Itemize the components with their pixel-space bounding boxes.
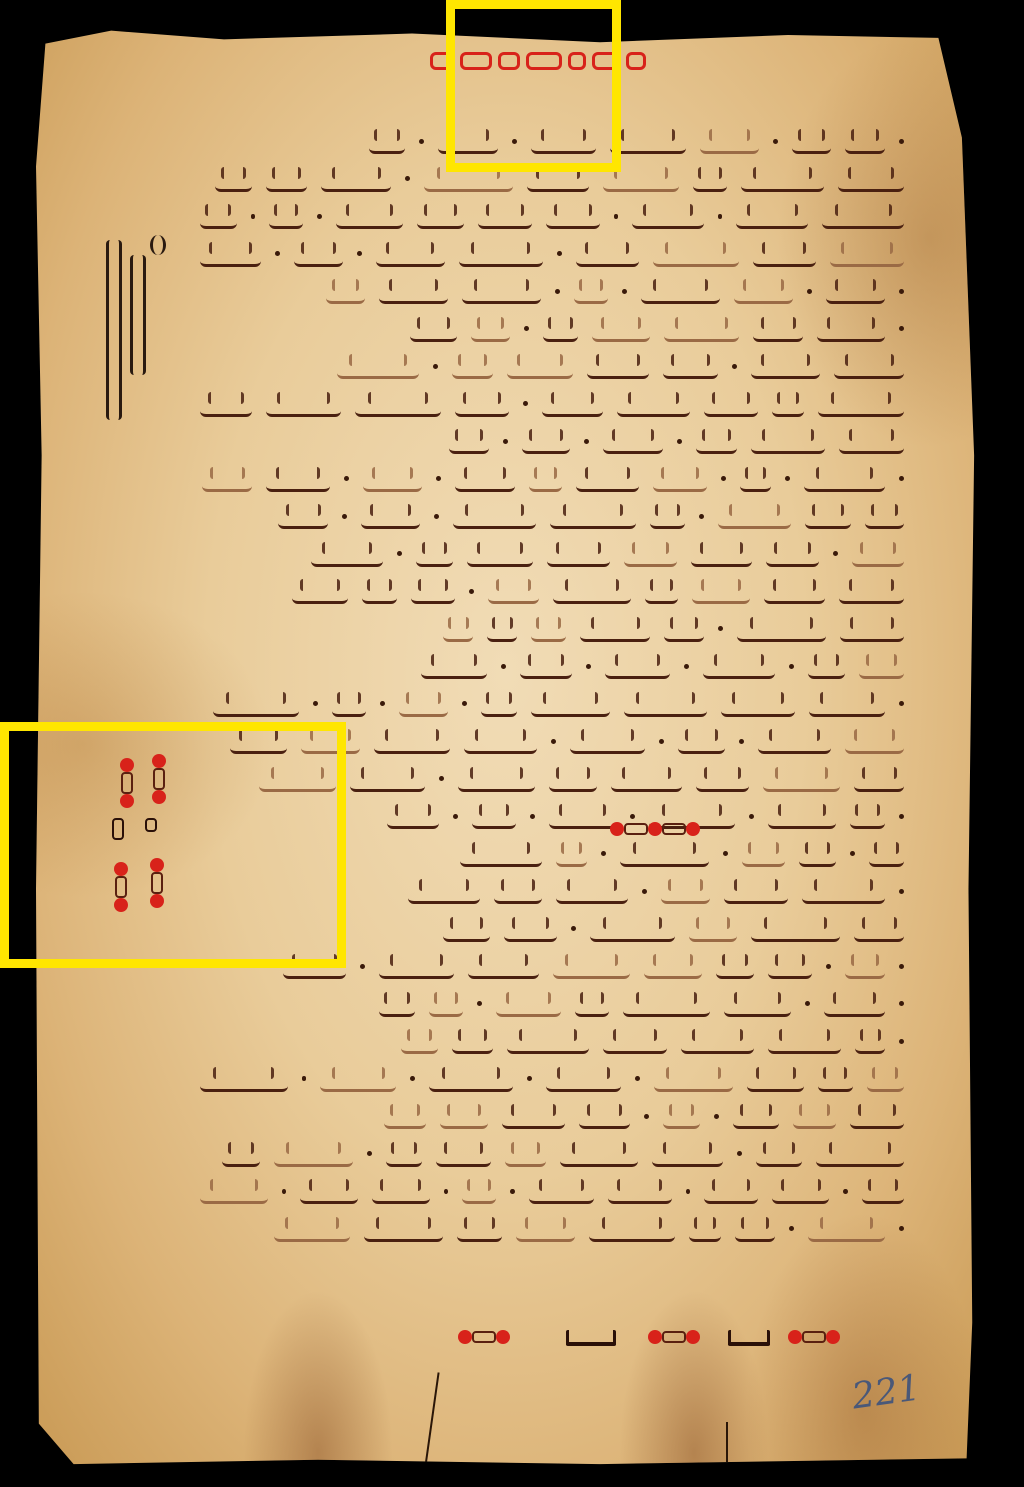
syriac-word: [496, 998, 561, 1017]
syriac-word: [859, 660, 904, 679]
syriac-word: [336, 210, 403, 229]
syriac-word: [822, 210, 904, 229]
syriac-word: [464, 735, 537, 754]
syriac-word: [457, 1223, 502, 1242]
syriac-word: [546, 210, 600, 229]
syriac-word: [401, 1035, 438, 1054]
syriac-word: [200, 1073, 288, 1092]
syriac-word: [326, 285, 365, 304]
syriac-word: [546, 1073, 622, 1092]
punctuation-dot: [419, 139, 424, 144]
punctuation-dot: [397, 551, 402, 556]
syriac-word: [386, 1148, 422, 1167]
syriac-word: [542, 398, 603, 417]
syriac-word: [580, 623, 650, 642]
syriac-word: [200, 1185, 268, 1204]
syriac-word: [516, 1223, 575, 1242]
punctuation-dot: [313, 701, 318, 706]
punctuation-dot: [462, 701, 467, 706]
syriac-word: [504, 923, 557, 942]
syriac-word: [531, 698, 610, 717]
syriac-word: [764, 585, 825, 604]
punctuation-dot: [721, 476, 726, 481]
syriac-word: [664, 323, 739, 342]
punctuation-dot: [380, 701, 385, 706]
punctuation-dot: [899, 964, 904, 969]
syriac-word: [799, 848, 836, 867]
catchword-black: [728, 1330, 770, 1346]
marginal-note: [100, 235, 170, 425]
syriac-word: [845, 960, 885, 979]
syriac-word: [808, 1223, 885, 1242]
punctuation-dot: [571, 926, 576, 931]
syriac-word: [443, 923, 490, 942]
syriac-word: [624, 548, 677, 567]
punctuation-dot: [523, 401, 528, 406]
syriac-word: [603, 435, 663, 454]
text-line: [200, 428, 904, 454]
punctuation-dot: [684, 664, 689, 669]
punctuation-dot: [723, 851, 728, 856]
punctuation-dot: [826, 964, 831, 969]
punctuation-dot: [899, 1226, 904, 1231]
syriac-word: [215, 173, 252, 192]
punctuation-dot: [899, 701, 904, 706]
punctuation-dot: [434, 514, 439, 519]
syriac-word: [453, 510, 536, 529]
syriac-word: [292, 585, 348, 604]
syriac-word: [804, 473, 885, 492]
syriac-word: [681, 1035, 754, 1054]
punctuation-dot: [439, 776, 444, 781]
syriac-word: [494, 885, 542, 904]
syriac-word: [507, 1035, 589, 1054]
syriac-word: [768, 960, 812, 979]
syriac-word: [222, 1148, 260, 1167]
text-line: [200, 353, 904, 379]
text-line: [200, 466, 904, 492]
punctuation-dot: [899, 1001, 904, 1006]
syriac-word: [826, 285, 885, 304]
syriac-word: [452, 360, 493, 379]
syriac-word: [531, 623, 566, 642]
syriac-word: [696, 773, 749, 792]
syriac-word: [421, 660, 487, 679]
punctuation-dot: [833, 551, 838, 556]
syriac-word: [792, 135, 831, 154]
punctuation-dot: [659, 739, 664, 744]
syriac-word: [817, 323, 885, 342]
syriac-word: [845, 135, 885, 154]
syriac-word: [472, 810, 516, 829]
punctuation-dot: [737, 1151, 742, 1156]
punctuation-dot: [433, 364, 438, 369]
syriac-word: [845, 735, 904, 754]
syriac-word: [200, 398, 252, 417]
syriac-word: [840, 623, 904, 642]
syriac-word: [696, 435, 737, 454]
syriac-word: [462, 285, 541, 304]
syriac-word: [691, 548, 752, 567]
punctuation-dot: [899, 289, 904, 294]
syriac-word: [689, 923, 737, 942]
syriac-word: [805, 510, 851, 529]
page-tear: [424, 1372, 439, 1466]
syriac-word: [556, 848, 587, 867]
syriac-word: [311, 548, 383, 567]
syriac-word: [449, 435, 489, 454]
syriac-word: [266, 473, 330, 492]
syriac-word: [350, 773, 425, 792]
syriac-word: [200, 248, 261, 267]
syriac-word: [678, 735, 725, 754]
punctuation-dot: [477, 1001, 482, 1006]
syriac-word: [724, 885, 788, 904]
text-line: [200, 278, 904, 304]
syriac-word: [410, 323, 457, 342]
syriac-word: [399, 698, 448, 717]
syriac-word: [865, 510, 904, 529]
text-line: [200, 691, 904, 717]
syriac-word: [592, 323, 650, 342]
syriac-word: [704, 1185, 758, 1204]
syriac-word: [753, 248, 816, 267]
syriac-word: [751, 360, 820, 379]
syriac-word: [603, 173, 679, 192]
text-line: [200, 1216, 904, 1242]
punctuation-dot: [601, 851, 606, 856]
syriac-word: [589, 1223, 675, 1242]
syriac-word: [553, 585, 631, 604]
syriac-word: [721, 698, 795, 717]
syriac-word: [455, 473, 515, 492]
punctuation-dot: [530, 814, 535, 819]
syriac-word: [376, 248, 445, 267]
syriac-word: [361, 510, 420, 529]
punctuation-dot: [899, 814, 904, 819]
syriac-word: [758, 735, 831, 754]
punctuation-dot: [850, 851, 855, 856]
syriac-word: [850, 1110, 904, 1129]
syriac-word: [266, 398, 341, 417]
punctuation-dot: [642, 889, 647, 894]
syriac-word: [830, 248, 904, 267]
syriac-word: [200, 210, 237, 229]
syriac-word: [429, 998, 463, 1017]
syriac-word: [608, 1185, 672, 1204]
syriac-word: [632, 210, 703, 229]
syriac-word: [362, 585, 397, 604]
syriac-word: [364, 1223, 443, 1242]
syriac-word: [663, 1110, 700, 1129]
syriac-word: [440, 1110, 488, 1129]
syriac-word: [869, 848, 904, 867]
syriac-word: [766, 548, 819, 567]
syriac-word: [838, 173, 904, 192]
syriac-word: [547, 548, 610, 567]
syriac-word: [824, 998, 885, 1017]
syriac-word: [294, 248, 343, 267]
punctuation-dot: [699, 514, 704, 519]
punctuation-dot: [843, 1189, 848, 1194]
syriac-word: [266, 173, 307, 192]
punctuation-dot: [551, 739, 556, 744]
syriac-word: [661, 885, 710, 904]
syriac-word: [411, 585, 455, 604]
syriac-word: [320, 1073, 396, 1092]
text-line: [200, 391, 904, 417]
syriac-word: [384, 1110, 426, 1129]
syriac-word: [274, 1223, 350, 1242]
syriac-word: [556, 885, 628, 904]
syriac-word: [611, 773, 682, 792]
syriac-word: [505, 1148, 546, 1167]
syriac-word: [467, 548, 533, 567]
syriac-word: [809, 698, 885, 717]
punctuation-dot: [360, 964, 365, 969]
syriac-word: [620, 848, 709, 867]
punctuation-dot: [251, 214, 256, 219]
punctuation-dot: [686, 1189, 691, 1194]
syriac-word: [650, 510, 685, 529]
syriac-word: [274, 1148, 353, 1167]
syriac-word: [700, 135, 759, 154]
punctuation-dot: [453, 814, 458, 819]
text-line: [200, 1103, 904, 1129]
syriac-word: [641, 285, 720, 304]
syriac-word: [549, 773, 597, 792]
syriac-word: [553, 960, 630, 979]
text-line: [200, 241, 904, 267]
syriac-word: [575, 998, 609, 1017]
syriac-word: [355, 398, 441, 417]
syriac-word: [741, 173, 824, 192]
text-line: [200, 578, 904, 604]
syriac-word: [653, 248, 739, 267]
syriac-word: [522, 435, 570, 454]
syriac-word: [663, 360, 718, 379]
syriac-word: [300, 1185, 358, 1204]
syriac-word: [839, 585, 904, 604]
syriac-word: [664, 623, 704, 642]
text-line: [200, 541, 904, 567]
punctuation-dot: [586, 664, 591, 669]
syriac-word: [703, 660, 775, 679]
text-line: [200, 653, 904, 679]
syriac-word: [644, 960, 702, 979]
syriac-word: [716, 960, 754, 979]
syriac-word: [550, 510, 636, 529]
punctuation-dot: [444, 1189, 449, 1194]
punctuation-dot: [410, 1076, 415, 1081]
top-rubric-highlight: [446, 0, 621, 172]
syriac-word: [753, 323, 803, 342]
punctuation-dot: [317, 214, 322, 219]
syriac-word: [543, 323, 578, 342]
syriac-word: [452, 1035, 493, 1054]
punctuation-dot: [732, 364, 737, 369]
punctuation-dot: [342, 514, 347, 519]
syriac-word: [862, 1185, 904, 1204]
syriac-word: [458, 773, 535, 792]
punctuation-dot: [622, 289, 627, 294]
punctuation-dot: [785, 476, 790, 481]
syriac-word: [852, 548, 904, 567]
syriac-word: [768, 1035, 841, 1054]
text-line: [200, 616, 904, 642]
punctuation-dot: [718, 214, 723, 219]
syriac-word: [724, 998, 791, 1017]
syriac-word: [793, 1110, 836, 1129]
punctuation-dot: [899, 326, 904, 331]
punctuation-dot: [275, 251, 280, 256]
syriac-word: [808, 660, 845, 679]
punctuation-dot: [899, 1039, 904, 1044]
syriac-word: [332, 698, 366, 717]
text-line: [200, 1178, 904, 1204]
catchword-black: [566, 1330, 616, 1346]
syriac-word: [617, 398, 690, 417]
catchword-red: [458, 1330, 510, 1344]
syriac-word: [689, 1223, 721, 1242]
syriac-word: [576, 473, 639, 492]
syriac-word: [742, 848, 785, 867]
punctuation-dot: [714, 1114, 719, 1119]
syriac-word: [337, 360, 419, 379]
syriac-word: [487, 623, 517, 642]
punctuation-dot: [644, 1114, 649, 1119]
syriac-word: [424, 173, 513, 192]
syriac-word: [772, 1185, 829, 1204]
syriac-word: [751, 435, 825, 454]
syriac-word: [502, 1110, 565, 1129]
syriac-word: [735, 1223, 775, 1242]
punctuation-dot: [344, 476, 349, 481]
syriac-word: [854, 773, 904, 792]
syriac-word: [734, 285, 793, 304]
syriac-word: [520, 660, 572, 679]
text-line: [200, 991, 904, 1017]
syriac-word: [740, 473, 771, 492]
punctuation-dot: [555, 289, 560, 294]
syriac-word: [369, 135, 405, 154]
syriac-word: [379, 285, 448, 304]
punctuation-dot: [469, 589, 474, 594]
syriac-word: [363, 473, 422, 492]
punctuation-dot: [557, 251, 562, 256]
syriac-word: [610, 135, 686, 154]
syriac-word: [459, 248, 543, 267]
syriac-word: [278, 510, 328, 529]
punctuation-dot: [807, 289, 812, 294]
syriac-word: [654, 1073, 733, 1092]
syriac-word: [570, 735, 645, 754]
syriac-word: [693, 173, 727, 192]
punctuation-dot: [405, 176, 410, 181]
syriac-word: [587, 360, 649, 379]
syriac-word: [751, 923, 840, 942]
catchword-red: [788, 1330, 840, 1344]
syriac-word: [507, 360, 573, 379]
syriac-word: [576, 248, 639, 267]
syriac-word: [429, 1073, 513, 1092]
text-line: [200, 203, 904, 229]
syriac-word: [736, 210, 808, 229]
syriac-word: [653, 473, 707, 492]
text-line: [200, 1141, 904, 1167]
syriac-word: [802, 885, 885, 904]
punctuation-dot: [749, 814, 754, 819]
syriac-word: [213, 698, 299, 717]
syriac-word: [704, 398, 758, 417]
syriac-word: [756, 1148, 802, 1167]
syriac-word: [652, 1148, 723, 1167]
text-line: [200, 503, 904, 529]
syriac-word: [590, 923, 675, 942]
syriac-word: [867, 1073, 904, 1092]
punctuation-dot: [527, 1076, 532, 1081]
punctuation-dot: [614, 214, 619, 219]
catchword-red: [648, 1330, 700, 1344]
syriac-word: [839, 435, 904, 454]
syriac-word: [478, 210, 532, 229]
syriac-word: [560, 1148, 638, 1167]
syriac-word: [737, 623, 826, 642]
punctuation-dot: [677, 439, 682, 444]
syriac-word: [529, 473, 562, 492]
syriac-word: [763, 773, 840, 792]
syriac-word: [417, 210, 464, 229]
punctuation-dot: [584, 439, 589, 444]
inline-red-mark: [610, 822, 700, 836]
syriac-word: [768, 810, 836, 829]
syriac-word: [468, 960, 539, 979]
punctuation-dot: [630, 814, 635, 819]
syriac-word: [374, 735, 450, 754]
syriac-word: [579, 1110, 630, 1129]
syriac-word: [416, 548, 453, 567]
punctuation-dot: [524, 326, 529, 331]
syriac-word: [855, 1035, 885, 1054]
punctuation-dot: [739, 739, 744, 744]
punctuation-dot: [436, 476, 441, 481]
punctuation-dot: [899, 476, 904, 481]
syriac-word: [733, 1110, 779, 1129]
syriac-word: [488, 585, 539, 604]
syriac-word: [436, 1148, 491, 1167]
punctuation-dot: [899, 889, 904, 894]
syriac-word: [605, 660, 670, 679]
punctuation-dot: [357, 251, 362, 256]
text-line: [200, 316, 904, 342]
syriac-word: [850, 810, 885, 829]
syriac-word: [834, 360, 904, 379]
syriac-word: [574, 285, 608, 304]
syriac-word: [692, 585, 750, 604]
text-line: [200, 1028, 904, 1054]
left-margin-marks-highlight: [0, 722, 346, 968]
syriac-word: [387, 810, 439, 829]
syriac-word: [443, 623, 473, 642]
syriac-word: [379, 960, 454, 979]
syriac-word: [818, 398, 904, 417]
punctuation-dot: [367, 1151, 372, 1156]
syriac-word: [854, 923, 904, 942]
punctuation-dot: [501, 664, 506, 669]
syriac-word: [603, 1035, 667, 1054]
page-tear: [726, 1422, 728, 1467]
syriac-word: [471, 323, 510, 342]
